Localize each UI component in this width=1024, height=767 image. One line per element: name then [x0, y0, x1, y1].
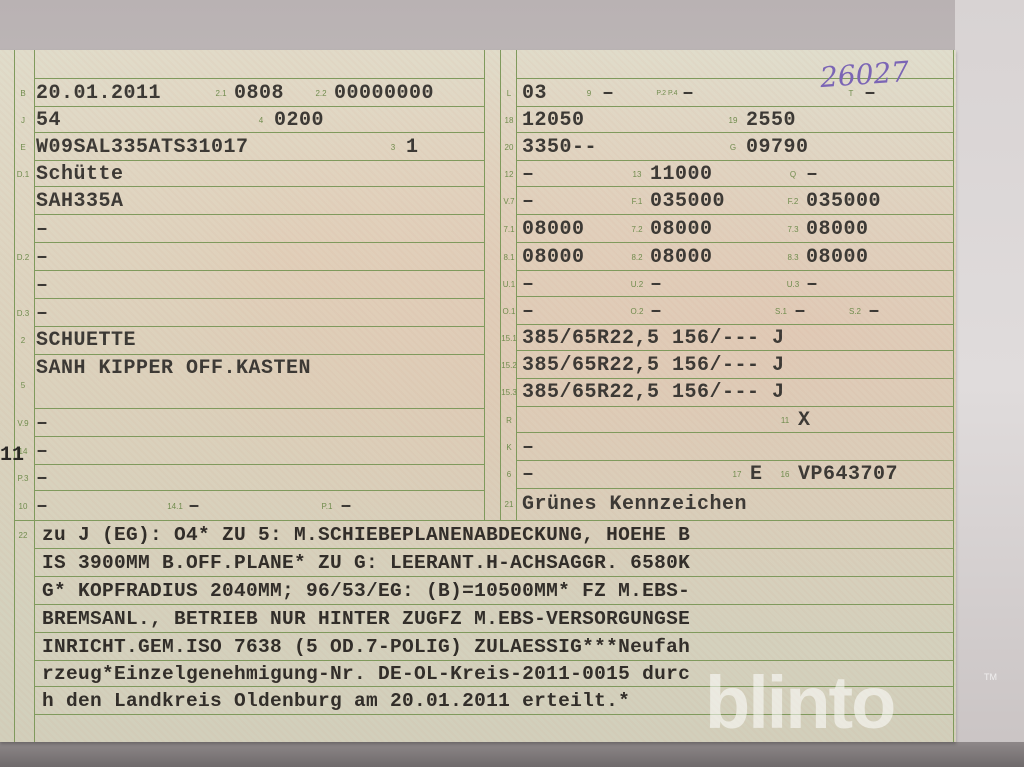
field-5-label: 5: [14, 372, 32, 398]
field-8-1: 8.1 08000: [500, 244, 585, 270]
field-F2: F.2 035000: [784, 188, 881, 214]
field-D1-model: SAH335A: [14, 188, 124, 214]
field-3: 3 1: [384, 134, 419, 160]
field-4: 4 0200: [252, 107, 324, 133]
field-14-1: 14.1 –: [166, 493, 201, 519]
field-P1: P.1 –: [318, 493, 353, 519]
field-G: G 09790: [724, 134, 809, 160]
remark-line: G* KOPFRADIUS 2040MM; 96/53/EG: (B)=1050…: [42, 580, 690, 602]
field-D3: D.3 –: [14, 300, 49, 326]
background-edge: [0, 742, 1024, 767]
field-O2: O.2 –: [628, 298, 663, 324]
column-divider: [484, 50, 485, 520]
field-V7: V.7 –: [500, 188, 535, 214]
field-9: 9 –: [580, 80, 615, 106]
field-20: 20 3350--: [500, 134, 597, 160]
frame-line: [953, 50, 954, 742]
field-2-2: 2.2 00000000: [312, 80, 434, 106]
field-V9: V.9 –: [14, 410, 49, 436]
field-S1: S.1 –: [772, 298, 807, 324]
field-J: J 54: [14, 107, 61, 133]
field-D2-line2: D.2 –: [14, 244, 49, 270]
field-21: 21 Grünes Kennzeichen: [500, 491, 747, 517]
trademark-symbol: TM: [984, 672, 997, 682]
field-22-label: 22: [14, 522, 32, 548]
field-6: 6 –: [500, 461, 535, 487]
field-13: 13 11000: [628, 161, 713, 187]
remark-line: IS 3900MM B.OFF.PLANE* ZU G: LEERANT.H-A…: [42, 552, 690, 574]
remark-line: zu J (EG): O4* ZU 5: M.SCHIEBEPLANENABDE…: [42, 524, 690, 546]
remark-line: rzeug*Einzelgenehmigung-Nr. DE-OL-Kreis-…: [42, 663, 690, 685]
field-R: R: [500, 407, 522, 433]
field-F1: F.1 035000: [628, 188, 725, 214]
field-19: 19 2550: [724, 107, 796, 133]
field-15-2-tyres: 15.2 385/65R22,5 156/--- J: [500, 352, 785, 378]
handwritten-note: 26027: [819, 55, 910, 94]
field-15-1-tyres: 15.1 385/65R22,5 156/--- J: [500, 325, 785, 351]
field-D2-line1: –: [14, 216, 49, 242]
field-L: L 03: [500, 80, 547, 106]
field-O1: O.1 –: [500, 298, 535, 324]
field-16: 16 VP643707: [776, 461, 898, 487]
field-8-3: 8.3 08000: [784, 244, 869, 270]
field-U1: U.1 –: [500, 271, 535, 297]
field-10: 10 –: [14, 493, 49, 519]
field-12: 12 –: [500, 161, 535, 187]
remark-line: h den Landkreis Oldenburg am 20.01.2011 …: [42, 690, 630, 712]
registration-document: B 20.01.2011 2.1 0808 2.2 00000000 J 54 …: [0, 50, 956, 742]
field-8-2: 8.2 08000: [628, 244, 713, 270]
field-7-3: 7.3 08000: [784, 216, 869, 242]
field-S2: S.2 –: [846, 298, 881, 324]
field-18: 18 12050: [500, 107, 585, 133]
watermark-logo: blinto: [705, 660, 894, 745]
field-Q: Q –: [784, 161, 819, 187]
background-surface: [955, 0, 1024, 767]
field-D2-line3: –: [14, 272, 49, 298]
field-K: K –: [500, 434, 535, 460]
field-D1-make: D.1 Schütte: [14, 161, 124, 187]
field-5-line1: SANH KIPPER OFF.KASTEN: [14, 355, 311, 381]
remark-line: BREMSANL., BETRIEB NUR HINTER ZUGFZ M.EB…: [42, 608, 690, 630]
remark-line: INRICHT.GEM.ISO 7638 (5 OD.7-POLIG) ZULA…: [42, 636, 690, 658]
field-2-manufacturer: 2 SCHUETTE: [14, 327, 136, 353]
field-U2: U.2 –: [628, 271, 663, 297]
field-15-3-tyres: 15.3 385/65R22,5 156/--- J: [500, 379, 785, 405]
field-P3: P.3 –: [14, 465, 49, 491]
field-E-vin: E W09SAL335ATS31017: [14, 134, 249, 160]
stray-mark: 11: [0, 444, 24, 467]
field-7-2: 7.2 08000: [628, 216, 713, 242]
field-U3: U.3 –: [784, 271, 819, 297]
field-17: 17 E: [728, 461, 763, 487]
field-2-1: 2.1 0808: [212, 80, 284, 106]
field-11: 11 X: [776, 407, 811, 433]
field-B: B 20.01.2011: [14, 80, 161, 106]
field-P2-P4: P.2 P.4 –: [656, 80, 695, 106]
field-7-1: 7.1 08000: [500, 216, 585, 242]
